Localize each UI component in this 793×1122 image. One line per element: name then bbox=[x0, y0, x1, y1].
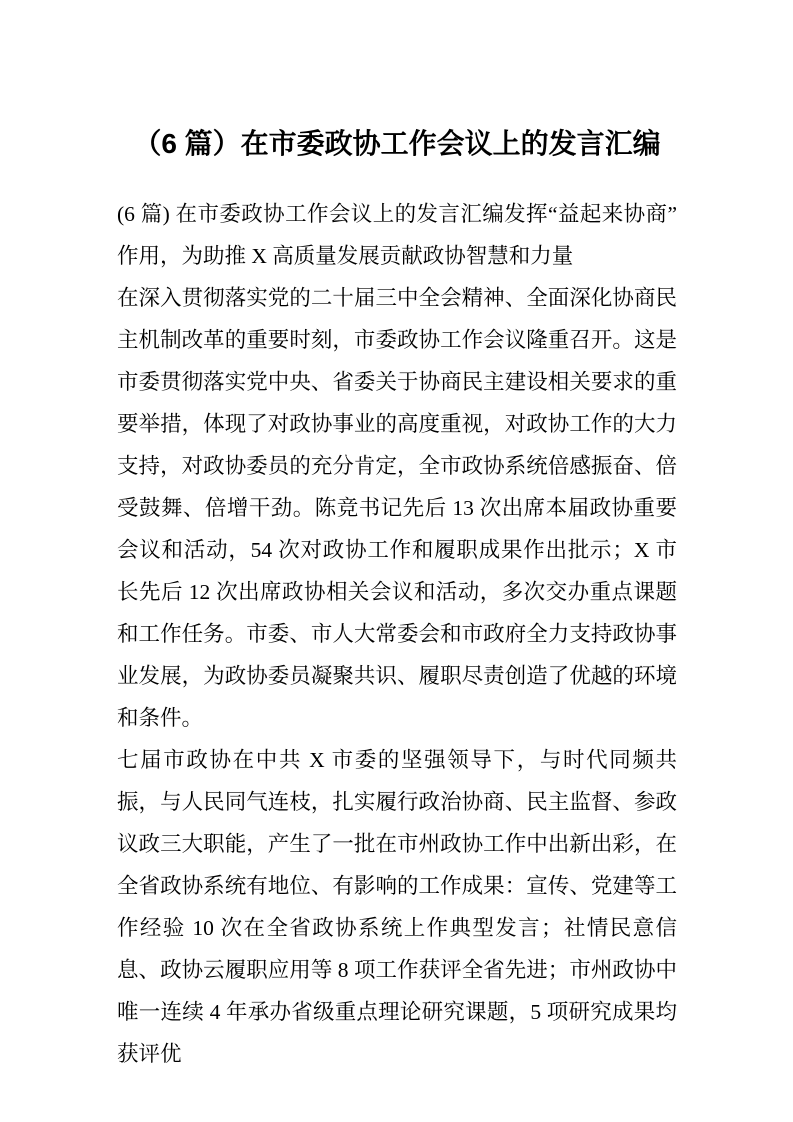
document-page: （6 篇）在市委政协工作会议上的发言汇编 (6 篇) 在市委政协工作会议上的发言… bbox=[0, 0, 793, 1122]
document-body: (6 篇) 在市委政协工作会议上的发言汇编发挥“益起来协商”作用，为助推 X 高… bbox=[117, 193, 677, 1075]
paragraph-body-2: 七届市政协在中共 X 市委的坚强领导下，与时代同频共振，与人民同气连枝，扎实履行… bbox=[117, 739, 677, 1075]
document-content: （6 篇）在市委政协工作会议上的发言汇编 (6 篇) 在市委政协工作会议上的发言… bbox=[117, 119, 677, 1075]
paragraph-body-1: 在深入贯彻落实党的二十届三中全会精神、全面深化协商民主机制改革的重要时刻，市委政… bbox=[117, 277, 677, 739]
document-title: （6 篇）在市委政协工作会议上的发言汇编 bbox=[117, 119, 677, 169]
paragraph-intro: (6 篇) 在市委政协工作会议上的发言汇编发挥“益起来协商”作用，为助推 X 高… bbox=[117, 193, 677, 277]
